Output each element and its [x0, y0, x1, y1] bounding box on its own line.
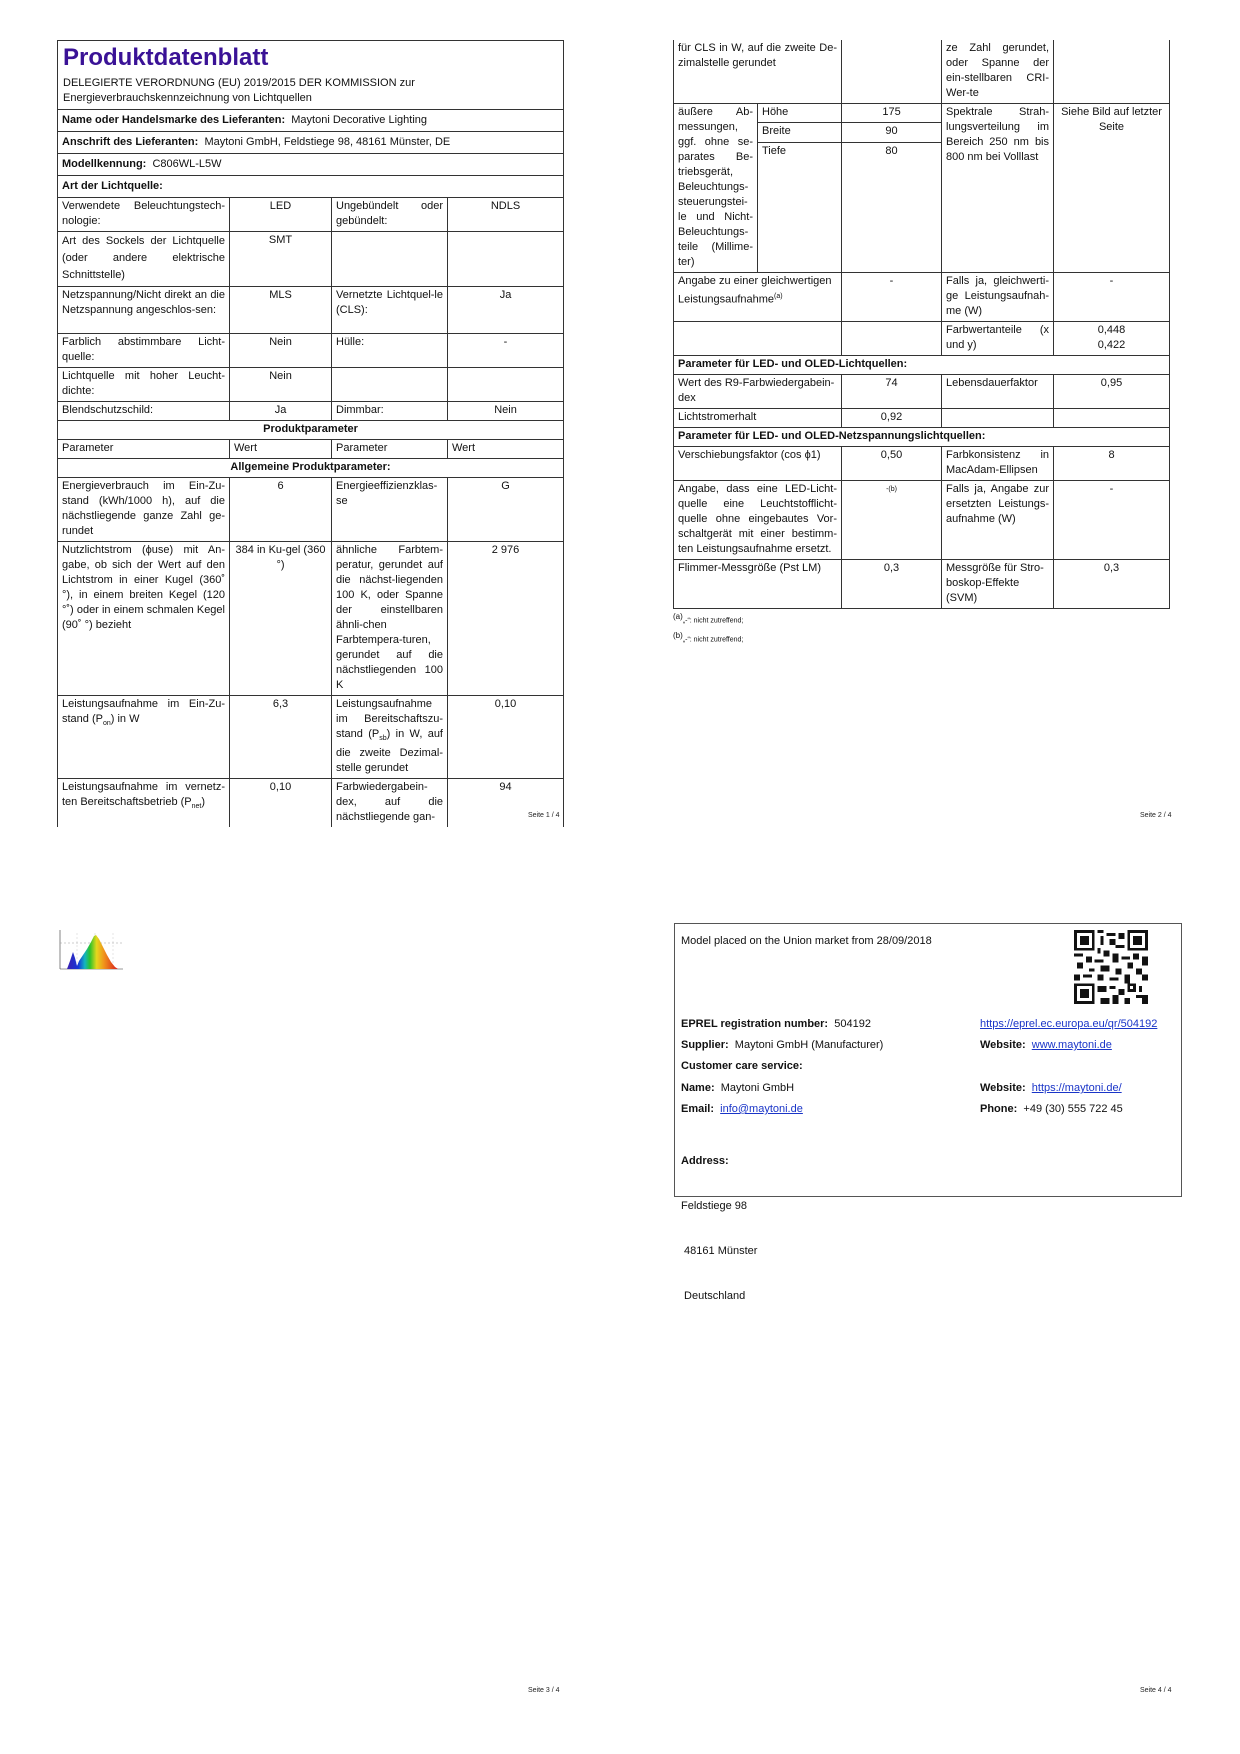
model-value: C806WL-L5W: [152, 158, 221, 170]
page-footer: Seite 2 / 4: [1140, 812, 1172, 819]
phone-value: +49 (30) 555 722 45: [1023, 1103, 1122, 1115]
param-cell: Farblich abstimmbare Licht-quelle:: [58, 334, 230, 368]
eprel-link[interactable]: https://eprel.ec.europa.eu/qr/504192: [980, 1017, 1157, 1032]
regulation-line-1: DELEGIERTE VERORDNUNG (EU) 2019/2015 DER…: [63, 76, 558, 91]
param-cell: Lebensdauerfaktor: [942, 375, 1054, 409]
website-row: Website: www.maytoni.de: [980, 1038, 1112, 1053]
supplier-address-label: Anschrift des Lieferanten:: [62, 136, 198, 148]
param-cell: Angabe zu einer gleichwertigen Leistungs…: [674, 273, 842, 322]
footnote-text: „-“: nicht zutreffend;: [683, 617, 744, 624]
column-header: Wert: [448, 440, 564, 459]
param-cell: [942, 409, 1054, 428]
param-cell: Flimmer-Messgröße (Pst LM): [674, 560, 842, 609]
value-cell: MLS: [230, 287, 332, 334]
footnote-mark: (a): [774, 293, 783, 300]
product-datasheet-table-continued: für CLS in W, auf die zweite De-zimalste…: [673, 40, 1170, 609]
value-cell: Siehe Bild auf letzter Seite: [1054, 104, 1170, 273]
param-cell: Vernetzte Lichtquel-le (CLS):: [332, 287, 448, 334]
value-cell: -: [1054, 273, 1170, 322]
address-line: 48161 Münster: [681, 1244, 757, 1259]
column-header: Parameter: [58, 440, 230, 459]
website2-label: Website:: [980, 1082, 1026, 1094]
customer-care-label: Customer care service:: [681, 1059, 803, 1074]
regulation-line-2: Energieverbrauchskennzeichnung von Licht…: [63, 91, 558, 106]
page-title: Produktdatenblatt: [63, 43, 558, 73]
page-footer: Seite 1 / 4: [528, 812, 560, 819]
column-header: Wert: [230, 440, 332, 459]
supplier-name-row: Name oder Handelsmarke des Lieferanten: …: [58, 110, 564, 132]
led-params-header: Parameter für LED- und OLED-Lichtquellen…: [674, 356, 1170, 375]
table-row: Farblich abstimmbare Licht-quelle: Nein …: [58, 334, 564, 368]
footnote-mark: (b): [673, 631, 683, 640]
param-text: ) in W: [111, 713, 140, 725]
param-cell: Verschiebungsfaktor (cos ϕ1): [674, 447, 842, 481]
table-row: Art des Sockels der Lichtquelle (oder an…: [58, 232, 564, 287]
value-cell: 0,95: [1054, 375, 1170, 409]
table-row: Leistungsaufnahme im vernetz-ten Bereits…: [58, 779, 564, 828]
footnote-mark: (b): [888, 486, 897, 493]
table-row: Lichtstromerhalt 0,92: [674, 409, 1170, 428]
page-2: für CLS in W, auf die zweite De-zimalste…: [673, 40, 1170, 645]
param-cell: [332, 232, 448, 287]
table-row: Farbwertanteile (x und y) 0,448 0,422: [674, 322, 1170, 356]
param-cell: Energieeffizienzklas-se: [332, 478, 448, 542]
value-cell: SMT: [230, 232, 332, 287]
value-cell: 0,3: [842, 560, 942, 609]
footnote-mark: (a): [673, 612, 683, 621]
footnote-text: „-“: nicht zutreffend;: [683, 637, 744, 644]
dimension-name: Tiefe: [758, 142, 842, 272]
spectrum-icon: [55, 925, 127, 975]
product-datasheet-table: Produktdatenblatt DELEGIERTE VERORDNUNG …: [57, 40, 564, 827]
email-label: Email:: [681, 1103, 714, 1115]
value-cell: 2 976: [448, 542, 564, 696]
table-row: Verwendete Beleuchtungstech-nologie: LED…: [58, 198, 564, 232]
table-row: Flimmer-Messgröße (Pst LM) 0,3 Messgröße…: [674, 560, 1170, 609]
param-text: Angabe zu einer gleichwertigen Leistungs…: [678, 275, 832, 306]
website2-row: Website: https://maytoni.de/: [980, 1081, 1122, 1096]
param-cell: Angabe, dass eine LED-Licht-quelle eine …: [674, 481, 842, 560]
name-label: Name:: [681, 1082, 715, 1094]
spectral-distribution-chart: [55, 925, 127, 975]
table-row: Wert des R9-Farbwiedergabein-dex 74 Lebe…: [674, 375, 1170, 409]
footnotes: (a)„-“: nicht zutreffend; (b)„-“: nicht …: [673, 612, 1170, 645]
table-row: Leistungsaufnahme im Ein-Zu-stand (Pon) …: [58, 696, 564, 779]
param-cell: Wert des R9-Farbwiedergabein-dex: [674, 375, 842, 409]
email-row: Email: info@maytoni.de: [681, 1102, 803, 1117]
header-cell: Produktdatenblatt DELEGIERTE VERORDNUNG …: [58, 41, 564, 110]
eprel-row: EPREL registration number: 504192: [681, 1017, 871, 1032]
mains-params-header: Parameter für LED- und OLED-Netzspannung…: [674, 428, 1170, 447]
page-footer: Seite 3 / 4: [528, 1687, 560, 1694]
table-row: Angabe, dass eine LED-Licht-quelle eine …: [674, 481, 1170, 560]
value-cell: 0,92: [842, 409, 942, 428]
param-cell: Blendschutzschild:: [58, 402, 230, 421]
chromaticity-y: 0,422: [1058, 338, 1165, 353]
param-cell: Leistungsaufnahme im vernetz-ten Bereits…: [58, 779, 230, 828]
value-cell: 6: [230, 478, 332, 542]
supplier-label: Supplier:: [681, 1039, 729, 1051]
value-cell: 74: [842, 375, 942, 409]
chromaticity-x: 0,448: [1058, 323, 1165, 338]
dimension-name: Höhe: [758, 104, 842, 123]
param-cell: Ungebündelt oder gebündelt:: [332, 198, 448, 232]
name-value: Maytoni GmbH: [721, 1082, 794, 1094]
value-cell: NDLS: [448, 198, 564, 232]
value-cell: -: [1054, 481, 1170, 560]
param-cell: Falls ja, Angabe zur ersetzten Leistungs…: [942, 481, 1054, 560]
param-cell: Messgröße für Stro-boskop-Effekte (SVM): [942, 560, 1054, 609]
value-cell: Ja: [230, 402, 332, 421]
eprel-number: 504192: [834, 1018, 871, 1030]
value-cell: Nein: [448, 402, 564, 421]
model-row: Modellkennung: C806WL-L5W: [58, 154, 564, 176]
supplier-address-row: Anschrift des Lieferanten: Maytoni GmbH,…: [58, 132, 564, 154]
param-cell: Lichtstromerhalt: [674, 409, 842, 428]
value-cell: [1054, 409, 1170, 428]
param-cell: Spektrale Strah-lungsverteilung im Berei…: [942, 104, 1054, 273]
address-label: Address:: [681, 1154, 757, 1169]
value-cell: [448, 232, 564, 287]
value-cell: [842, 40, 942, 104]
product-information-box: Model placed on the Union market from 28…: [674, 923, 1182, 1197]
page-footer: Seite 4 / 4: [1140, 1687, 1172, 1694]
column-header-row: Parameter Wert Parameter Wert: [58, 440, 564, 459]
value-cell: Nein: [230, 334, 332, 368]
market-date: Model placed on the Union market from 28…: [681, 934, 932, 949]
website2-link[interactable]: https://maytoni.de/: [1032, 1082, 1122, 1094]
value-cell: LED: [230, 198, 332, 232]
param-cell: [674, 322, 842, 356]
param-cell: Farbwiedergabein-dex, auf die nächstlieg…: [332, 779, 448, 828]
value-cell: [842, 322, 942, 356]
param-cell: Hülle:: [332, 334, 448, 368]
subscript: sb: [379, 735, 386, 742]
value-cell: Nein: [230, 368, 332, 402]
name-row: Name: Maytoni GmbH: [681, 1081, 794, 1096]
supplier-name-value: Maytoni Decorative Lighting: [291, 114, 427, 126]
param-cell: Dimmbar:: [332, 402, 448, 421]
param-cell: Falls ja, gleichwerti-ge Leistungsaufnah…: [942, 273, 1054, 322]
dimension-value: 80: [842, 142, 942, 272]
param-cell: Farbwertanteile (x und y): [942, 322, 1054, 356]
table-row: Netzspannung/Nicht direkt an die Netzspa…: [58, 287, 564, 334]
value-cell: 0,50: [842, 447, 942, 481]
phone-row: Phone: +49 (30) 555 722 45: [980, 1102, 1123, 1117]
footnote-b: (b)„-“: nicht zutreffend;: [673, 631, 1170, 644]
param-text: Leistungsaufnahme im Ein-Zu-stand (P: [62, 698, 225, 725]
supplier-value: Maytoni GmbH (Manufacturer): [735, 1039, 884, 1051]
value-cell: -: [448, 334, 564, 368]
table-row: Angabe zu einer gleichwertigen Leistungs…: [674, 273, 1170, 322]
value-cell: -: [842, 273, 942, 322]
param-cell: Leistungsaufnahme im Bereitschaftszu-sta…: [332, 696, 448, 779]
subscript: net: [192, 803, 202, 810]
param-text: ): [201, 796, 205, 808]
email-link[interactable]: info@maytoni.de: [720, 1103, 803, 1115]
value-cell: 0,10: [230, 779, 332, 828]
value-cell: 6,3: [230, 696, 332, 779]
value-cell: 0,3: [1054, 560, 1170, 609]
table-row: Verschiebungsfaktor (cos ϕ1) 0,50 Farbko…: [674, 447, 1170, 481]
value-cell: 8: [1054, 447, 1170, 481]
table-row: für CLS in W, auf die zweite De-zimalste…: [674, 40, 1170, 104]
website-link[interactable]: www.maytoni.de: [1032, 1039, 1112, 1051]
supplier-name-label: Name oder Handelsmarke des Lieferanten:: [62, 114, 285, 126]
value-cell: [448, 368, 564, 402]
model-label: Modellkennung:: [62, 158, 146, 170]
dimension-name: Breite: [758, 123, 842, 142]
address-line: Feldstiege 98: [681, 1199, 757, 1214]
param-cell: Art des Sockels der Lichtquelle (oder an…: [58, 232, 230, 287]
param-cell: Farbkonsistenz in MacAdam-Ellipsen: [942, 447, 1054, 481]
qr-code-icon: [1074, 930, 1148, 1004]
param-cell: Energieverbrauch im Ein-Zu-stand (kWh/10…: [58, 478, 230, 542]
param-cell: Lichtquelle mit hoher Leucht-dichte:: [58, 368, 230, 402]
product-params-header: Produktparameter: [58, 421, 564, 440]
param-cell: ähnliche Farbtem-peratur, gerundet auf d…: [332, 542, 448, 696]
dimension-value: 175: [842, 104, 942, 123]
table-row: Lichtquelle mit hoher Leucht-dichte: Nei…: [58, 368, 564, 402]
value-cell: -(b): [842, 481, 942, 560]
value-cell: 384 in Ku-gel (360 °): [230, 542, 332, 696]
address-line: Deutschland: [681, 1289, 757, 1304]
param-cell: Nutzlichtstrom (ϕuse) mit An-gabe, ob si…: [58, 542, 230, 696]
phone-label: Phone:: [980, 1103, 1017, 1115]
value-cell: [1054, 40, 1170, 104]
value-cell: 94: [448, 779, 564, 828]
param-cell: ze Zahl gerundet, oder Spanne der ein-st…: [942, 40, 1054, 104]
dimensions-row: äußere Ab-messungen, ggf. ohne se-parate…: [674, 104, 1170, 123]
value-cell: Ja: [448, 287, 564, 334]
table-row: Nutzlichtstrom (ϕuse) mit An-gabe, ob si…: [58, 542, 564, 696]
value-cell: 0,448 0,422: [1054, 322, 1170, 356]
dimension-value: 90: [842, 123, 942, 142]
param-cell: Netzspannung/Nicht direkt an die Netzspa…: [58, 287, 230, 334]
page-1: Produktdatenblatt DELEGIERTE VERORDNUNG …: [57, 40, 562, 827]
address-block: Address: Feldstiege 98 48161 Münster Deu…: [681, 1124, 757, 1334]
subscript: on: [103, 720, 111, 727]
footnote-a: (a)„-“: nicht zutreffend;: [673, 612, 1170, 625]
table-row: Energieverbrauch im Ein-Zu-stand (kWh/10…: [58, 478, 564, 542]
supplier-row: Supplier: Maytoni GmbH (Manufacturer): [681, 1038, 883, 1053]
general-params-header: Allgemeine Produktparameter:: [58, 459, 564, 478]
supplier-address-value: Maytoni GmbH, Feldstiege 98, 48161 Münst…: [204, 136, 450, 148]
param-cell: Verwendete Beleuchtungstech-nologie:: [58, 198, 230, 232]
param-cell: für CLS in W, auf die zweite De-zimalste…: [674, 40, 842, 104]
light-source-type-header: Art der Lichtquelle:: [58, 176, 564, 198]
dimensions-label: äußere Ab-messungen, ggf. ohne se-parate…: [674, 104, 758, 273]
table-row: Blendschutzschild: Ja Dimmbar: Nein: [58, 402, 564, 421]
column-header: Parameter: [332, 440, 448, 459]
param-cell: [332, 368, 448, 402]
website-label: Website:: [980, 1039, 1026, 1051]
value-cell: G: [448, 478, 564, 542]
value-cell: 0,10: [448, 696, 564, 779]
param-cell: Leistungsaufnahme im Ein-Zu-stand (Pon) …: [58, 696, 230, 779]
eprel-label: EPREL registration number:: [681, 1018, 828, 1030]
